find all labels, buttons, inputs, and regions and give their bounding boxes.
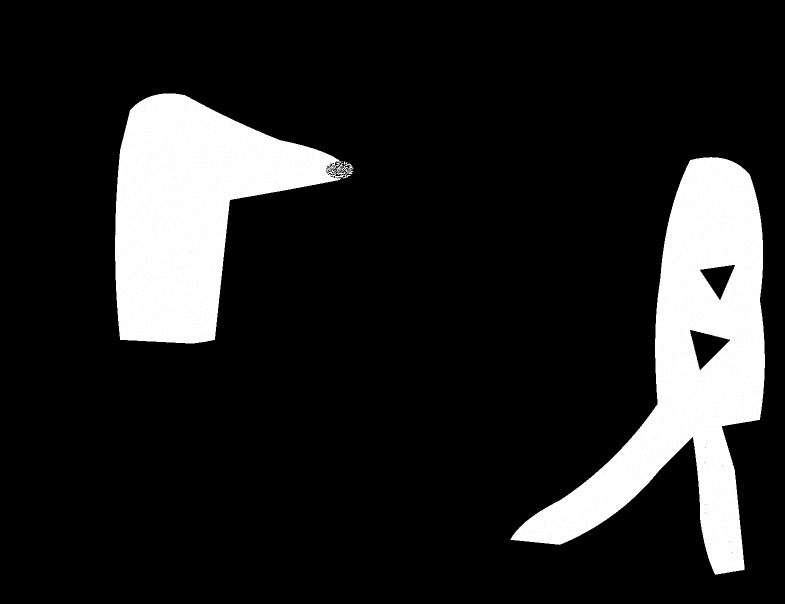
left-person-head bbox=[168, 37, 212, 93]
photograph bbox=[0, 0, 785, 604]
photo-scene bbox=[0, 0, 785, 604]
